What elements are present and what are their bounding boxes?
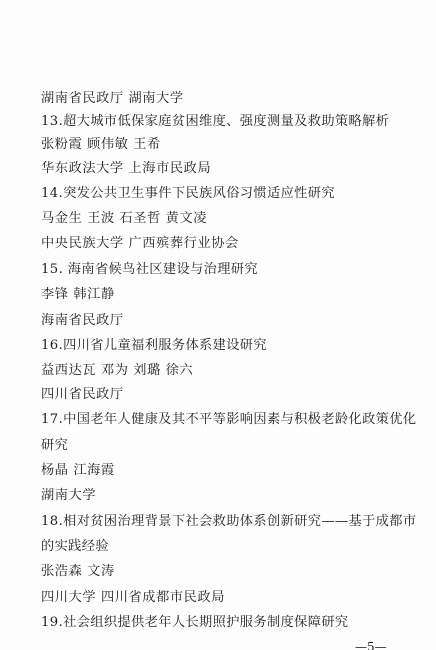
author-line: 益西达瓦 邓为 刘璐 徐六 xyxy=(41,363,193,379)
author-line: 马金生 王波 石圣哲 黄文凌 xyxy=(41,211,207,227)
project-title: 13.超大城市低保家庭贫困维度、强度测量及救助策略解析 xyxy=(41,114,389,130)
author-line: 张浩森 文涛 xyxy=(41,564,115,580)
project-title-continued: 的实践经验 xyxy=(41,539,109,555)
project-title-continued: 研究 xyxy=(41,438,68,454)
author-line: 杨晶 江海霞 xyxy=(41,463,115,479)
org-line: 中央民族大学 广西殡葬行业协会 xyxy=(41,236,239,252)
org-line: 海南省民政厅 xyxy=(41,313,124,329)
org-line: 湖南大学 xyxy=(41,488,96,504)
org-line: 华东政法大学 上海市民政局 xyxy=(41,161,211,177)
document-page: 湖南省民政厅 湖南大学 13.超大城市低保家庭贫困维度、强度测量及救助策略解析 … xyxy=(0,0,436,650)
project-title: 18.相对贫困治理背景下社会救助体系创新研究——基于成都市 xyxy=(41,514,416,530)
project-title: 17.中国老年人健康及其不平等影响因素与积极老龄化政策优化 xyxy=(41,412,416,428)
project-title: 14.突发公共卫生事件下民族风俗习惯适应性研究 xyxy=(41,186,335,202)
project-title: 16.四川省儿童福利服务体系建设研究 xyxy=(41,338,267,354)
project-title: 19.社会组织提供老年人长期照护服务制度保障研究 xyxy=(41,615,349,631)
project-title: 15. 海南省候鸟社区建设与治理研究 xyxy=(41,262,258,278)
org-line: 四川省民政厅 xyxy=(41,387,124,403)
author-line: 李锋 韩江静 xyxy=(41,287,115,303)
org-line: 湖南省民政厅 湖南大学 xyxy=(41,91,184,107)
org-line: 四川大学 四川省成都市民政局 xyxy=(41,590,225,606)
author-line: 张粉霞 顾伟敏 王希 xyxy=(41,137,161,153)
page-number: —5— xyxy=(355,640,387,650)
